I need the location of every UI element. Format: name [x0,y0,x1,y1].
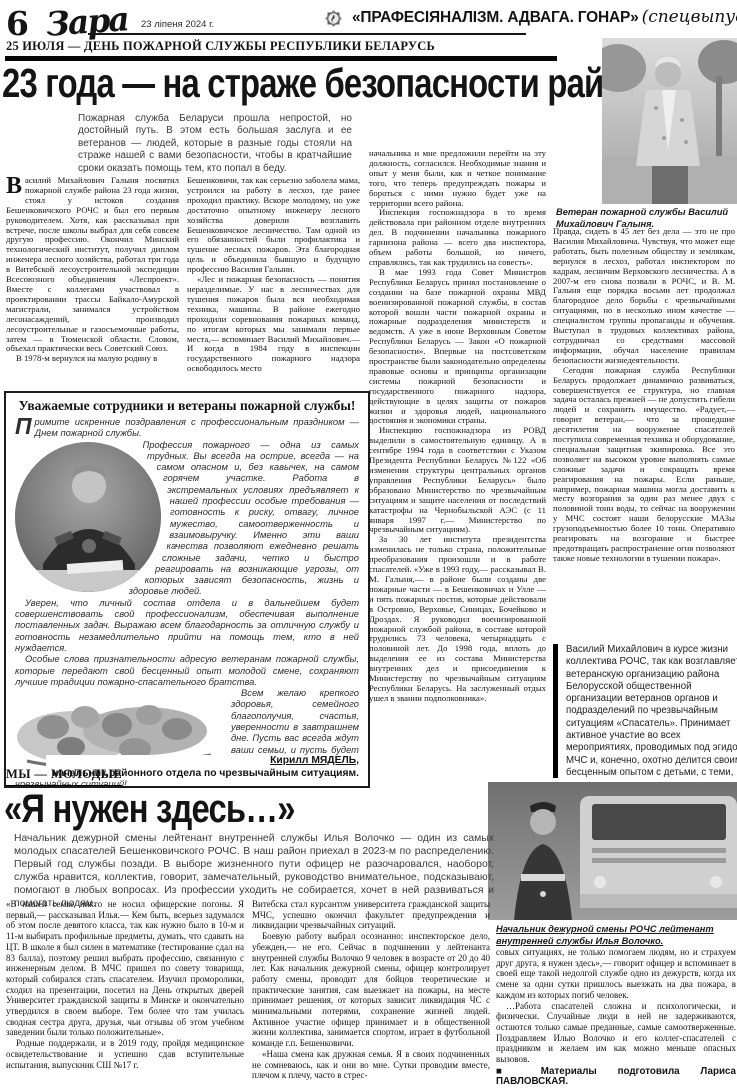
young-column-1: «В нашей семье никто не носил офицерские… [6,899,244,1089]
young-paragraph: «В нашей семье никто не носил офицерские… [6,899,244,1038]
main-paragraph: Инспекция госпожнадзора в то время дейст… [369,208,546,267]
young-column-3: совых ситуациях, не только помогаем людя… [496,947,736,1089]
signature-name: Кирилл МЯДЕЛЬ, [270,755,359,766]
masthead-motto-row: «ПРАФЕСІЯНАЛІЗМ. АДВАГА. ГОНАР»(спецвыпу… [352,7,737,27]
main-paragraph: Правда, сидеть в 45 лет без дела — это н… [553,227,735,366]
congratulation-letter-box: Уважаемые сотрудники и ветераны пожарной… [4,391,370,788]
main-paragraph: Инспекцию госпожнадзора из РОВД выделили… [369,426,546,535]
young-column-2: Витебска стал курсантом университета гра… [252,899,490,1089]
main-lead: Пожарная служба Беларуси прошла непросто… [78,113,352,175]
young-headline: «Я нужен здесь…» [4,787,295,832]
newspaper-page: 6 Зара 23 ліпеня 2024 г. «ПРАФЕСІЯНАЛІЗМ… [0,0,737,1091]
main-paragraph: Василий Михайлович Галыня посвятил пожар… [6,176,179,354]
main-column-1: Василий Михайлович Галыня посвятил пожар… [6,176,179,390]
issue-date: 23 ліпеня 2024 г. [141,19,214,30]
pull-quote: Василий Михайлович в курсе жизни коллект… [553,644,737,778]
mchs-star-icon [320,5,347,32]
firefighter-photo [488,782,737,920]
letter-paragraph: Примите искренние поздравления с професс… [15,416,359,439]
veteran-photo [602,38,737,204]
firefighter-photo-caption: Начальник дежурной смены РОЧС лейтенант … [496,924,734,947]
main-paragraph: Сегодня пожарная служба Республики Белар… [553,366,735,564]
section-kicker: 25 ИЮЛЯ — ДЕНЬ ПОЖАРНОЙ СЛУЖБЫ РЕСПУБЛИК… [6,39,435,54]
main-column-2: Бешенковичи, так как серьезно заболела м… [187,176,360,390]
page-number: 6 [6,4,29,43]
author-byline: ■ Материалы подготовила Лариса ПАВЛОВСКА… [496,1067,736,1088]
main-paragraph: начальника и мне предложили перейти на э… [369,149,546,208]
young-paragraph: Боевую работу выбрал осознанно: инспекто… [252,931,490,1049]
young-paragraph: «Наша смена как дружная семья. Я в своих… [252,1049,490,1081]
masthead-motto-note: (спецвыпуск) [642,7,737,27]
official-portrait-photo [15,442,161,592]
letter-paragraph: Уверен, что личный состав отдела и в дал… [15,597,359,653]
masthead-motto: «ПРАФЕСІЯНАЛІЗМ. АДВАГА. ГОНАР» [352,9,639,26]
main-headline: 23 года — на страже безопасности района [2,60,659,107]
main-paragraph: «Лес и пожарная безопасность — понятия н… [187,275,360,374]
young-paragraph: …Работа спасателей сложна и психологичес… [496,1001,736,1065]
young-paragraph: Витебска стал курсантом университета гра… [252,899,490,931]
young-section-kicker: МЫ — МОЛОДЫЕ [6,767,122,786]
main-column-4: Правда, сидеть в 45 лет без дела — это н… [553,227,735,639]
letter-paragraph: Особые слова признательности адресую вет… [15,653,359,687]
masthead-rule [88,33,526,35]
main-paragraph: Бешенковичи, так как серьезно заболела м… [187,176,360,275]
letter-title: Уважаемые сотрудники и ветераны пожарной… [15,398,359,414]
newspaper-logo: Зара [45,0,129,44]
main-paragraph: За 30 лет института президентства измени… [369,535,546,703]
main-column-3: начальника и мне предложили перейти на э… [369,149,546,785]
main-paragraph: В 1978-м вернулся на малую родину в [6,354,179,364]
young-paragraph: Родные поддержали, и в 2019 году, пройдя… [6,1038,244,1070]
main-paragraph: В мае 1993 года Совет Министров Республи… [369,268,546,427]
young-paragraph: совых ситуациях, не только помогаем людя… [496,947,736,1001]
